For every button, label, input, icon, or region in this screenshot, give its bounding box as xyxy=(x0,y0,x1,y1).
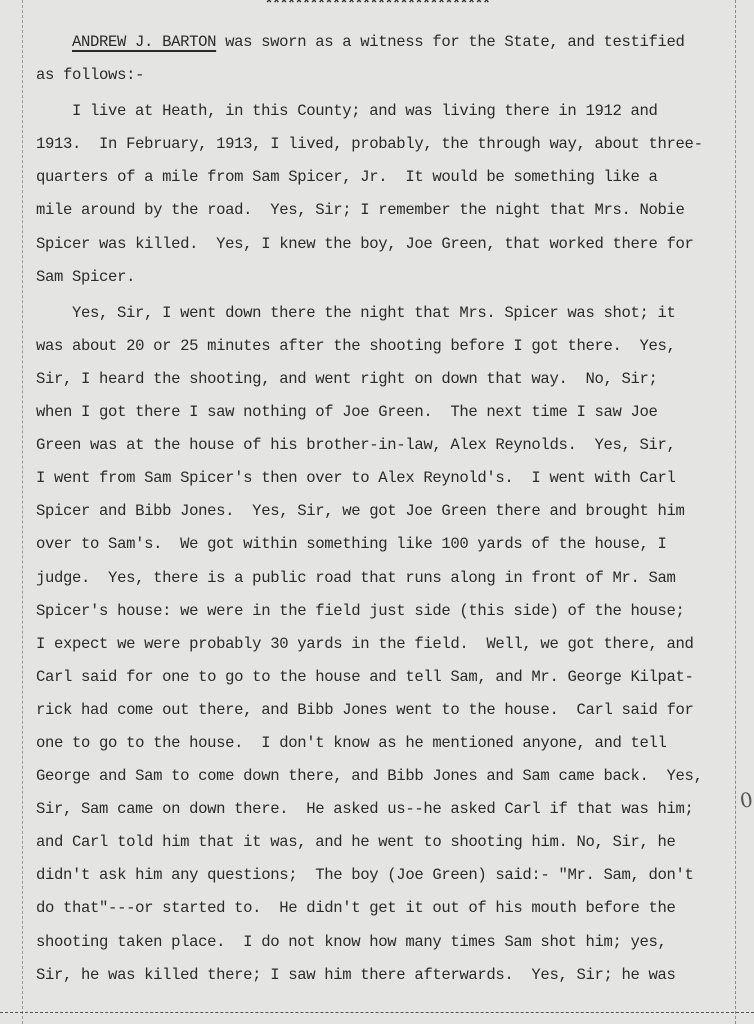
text-line: over to Sam's. We got within something l… xyxy=(36,528,736,561)
bottom-rule xyxy=(0,1012,754,1013)
text-line: 1913. In February, 1913, I lived, probab… xyxy=(36,128,736,161)
text-line: Spicer and Bibb Jones. Yes, Sir, we got … xyxy=(36,495,736,528)
text-line: was about 20 or 25 minutes after the sho… xyxy=(36,330,736,363)
line-text: I live at Heath, in this County; and was… xyxy=(72,102,658,120)
line-text: George and Sam to come down there, and B… xyxy=(36,767,703,785)
line-text: Spicer and Bibb Jones. Yes, Sir, we got … xyxy=(36,502,685,520)
line-text: I expect we were probably 30 yards in th… xyxy=(36,635,694,653)
line-text: Yes, Sir, I went down there the night th… xyxy=(72,304,676,322)
text-line: Green was at the house of his brother-in… xyxy=(36,429,736,462)
text-line: Yes, Sir, I went down there the night th… xyxy=(36,297,736,330)
text-line: as follows:- xyxy=(36,59,736,92)
text-line: rick had come out there, and Bibb Jones … xyxy=(36,694,736,727)
line-text: I went from Sam Spicer's then over to Al… xyxy=(36,469,676,487)
text-line: judge. Yes, there is a public road that … xyxy=(36,562,736,595)
text-line: Sam Spicer. xyxy=(36,261,736,294)
text-line: mile around by the road. Yes, Sir; I rem… xyxy=(36,194,736,227)
line-text: didn't ask him any questions; The boy (J… xyxy=(36,866,694,884)
line-text: and Carl told him that it was, and he we… xyxy=(36,833,676,851)
text-line: and Carl told him that it was, and he we… xyxy=(36,826,736,859)
text-line: one to go to the house. I don't know as … xyxy=(36,727,736,760)
line-text: Spicer was killed. Yes, I knew the boy, … xyxy=(36,235,694,253)
line-text: Sam Spicer. xyxy=(36,268,135,286)
line-text: Spicer's house: we were in the field jus… xyxy=(36,602,685,620)
left-margin-line xyxy=(22,0,23,1024)
line-text: mile around by the road. Yes, Sir; I rem… xyxy=(36,201,685,219)
text-line: didn't ask him any questions; The boy (J… xyxy=(36,859,736,892)
text-line: Sir, he was killed there; I saw him ther… xyxy=(36,959,736,992)
line-text: shooting taken place. I do not know how … xyxy=(36,933,667,951)
text-line: I went from Sam Spicer's then over to Al… xyxy=(36,462,736,495)
text-line: Sir, Sam came on down there. He asked us… xyxy=(36,793,736,826)
line-text: Green was at the house of his brother-in… xyxy=(36,436,676,454)
line-text: one to go to the house. I don't know as … xyxy=(36,734,667,752)
text-line: I live at Heath, in this County; and was… xyxy=(36,95,736,128)
line-text: 1913. In February, 1913, I lived, probab… xyxy=(36,135,703,153)
handwritten-margin-mark: 0 xyxy=(738,787,754,813)
line-text: Carl said for one to go to the house and… xyxy=(36,668,694,686)
text-line: Spicer was killed. Yes, I knew the boy, … xyxy=(36,228,736,261)
text-line: Spicer's house: we were in the field jus… xyxy=(36,595,736,628)
line-text: Sir, Sam came on down there. He asked us… xyxy=(36,800,694,818)
line-text: judge. Yes, there is a public road that … xyxy=(36,569,676,587)
witness-name: ANDREW J. BARTON xyxy=(72,33,216,51)
text-line: Carl said for one to go to the house and… xyxy=(36,661,736,694)
text-line: do that"---or started to. He didn't get … xyxy=(36,892,736,925)
line-text: was about 20 or 25 minutes after the sho… xyxy=(36,337,676,355)
line-text: as follows:- xyxy=(36,66,144,84)
line-text: Sir, I heard the shooting, and went righ… xyxy=(36,370,658,388)
line-text: Sir, he was killed there; I saw him ther… xyxy=(36,966,676,984)
line-text: rick had come out there, and Bibb Jones … xyxy=(36,701,694,719)
text-line: Sir, I heard the shooting, and went righ… xyxy=(36,363,736,396)
text-line: George and Sam to come down there, and B… xyxy=(36,760,736,793)
line-text: do that"---or started to. He didn't get … xyxy=(36,899,676,917)
text-line: ANDREW J. BARTON was sworn as a witness … xyxy=(36,26,736,59)
line-text: over to Sam's. We got within something l… xyxy=(36,535,667,553)
line-text: quarters of a mile from Sam Spicer, Jr. … xyxy=(36,168,658,186)
document-page: ****************************** ANDREW J.… xyxy=(0,0,754,1024)
line-text: was sworn as a witness for the State, an… xyxy=(216,33,684,51)
text-line: quarters of a mile from Sam Spicer, Jr. … xyxy=(36,161,736,194)
line-text: when I got there I saw nothing of Joe Gr… xyxy=(36,403,658,421)
testimony-text: ANDREW J. BARTON was sworn as a witness … xyxy=(36,26,736,992)
text-line: shooting taken place. I do not know how … xyxy=(36,926,736,959)
asterisk-separator: ****************************** xyxy=(0,0,754,13)
text-line: I expect we were probably 30 yards in th… xyxy=(36,628,736,661)
text-line: when I got there I saw nothing of Joe Gr… xyxy=(36,396,736,429)
